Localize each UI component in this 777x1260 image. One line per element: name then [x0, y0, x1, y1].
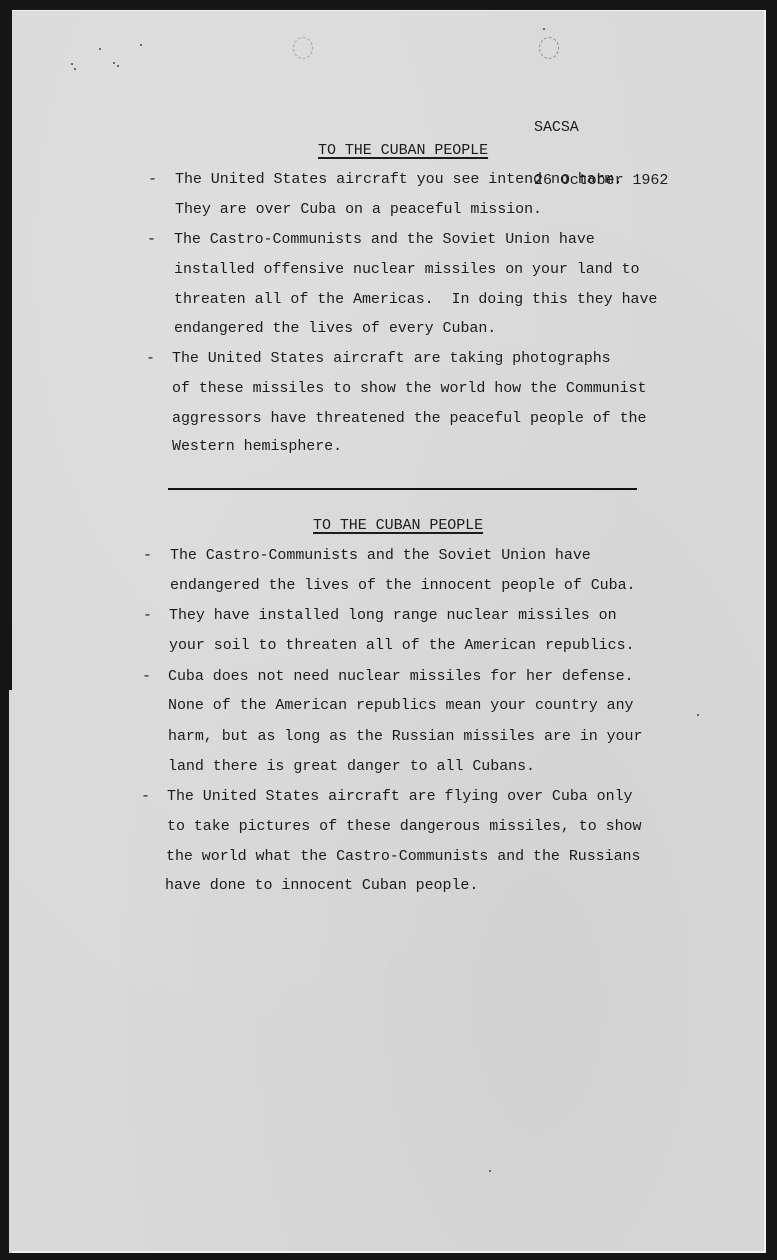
bullet-line: They have installed long range nuclear m… [169, 607, 617, 625]
page-edge [9, 690, 12, 1253]
section-divider [168, 488, 637, 490]
bullet-line: land there is great danger to all Cubans… [168, 758, 535, 776]
punch-hole-mark [539, 37, 559, 59]
bullet-line: of these missiles to show the world how … [172, 380, 646, 398]
scan-speck [113, 62, 115, 64]
section-title: TO THE CUBAN PEOPLE [313, 517, 483, 535]
bullet-marker: - [146, 350, 155, 368]
bullet-line: installed offensive nuclear missiles on … [174, 261, 639, 279]
bullet-marker: - [141, 788, 150, 806]
scan-speck [99, 48, 101, 50]
bullet-line: endangered the lives of every Cuban. [174, 320, 496, 338]
bullet-line: harm, but as long as the Russian missile… [168, 728, 642, 746]
bullet-line: endangered the lives of the innocent peo… [170, 577, 635, 595]
bullet-marker: - [143, 607, 152, 625]
bullet-line: The United States aircraft you see inten… [175, 171, 623, 189]
bullet-marker: - [148, 171, 157, 189]
scan-speck [140, 44, 142, 46]
bullet-line: The United States aircraft are taking ph… [172, 350, 611, 368]
bullet-marker: - [142, 668, 151, 686]
bullet-line: The Castro-Communists and the Soviet Uni… [170, 547, 591, 565]
bullet-line: The United States aircraft are flying ov… [167, 788, 632, 806]
bullet-line: your soil to threaten all of the America… [169, 637, 634, 655]
section-title: TO THE CUBAN PEOPLE [318, 142, 488, 160]
bullet-line: aggressors have threatened the peaceful … [172, 410, 646, 428]
bullet-line: Cuba does not need nuclear missiles for … [168, 668, 633, 686]
bullet-marker: - [143, 547, 152, 565]
scan-speck [71, 63, 73, 65]
bullet-line: The Castro-Communists and the Soviet Uni… [174, 231, 595, 249]
routing-office: SACSA [534, 119, 668, 136]
bullet-line: None of the American republics mean your… [168, 697, 633, 715]
punch-hole-mark [293, 37, 313, 59]
bullet-line: to take pictures of these dangerous miss… [167, 818, 641, 836]
scan-speck [489, 1170, 491, 1172]
bullet-line: the world what the Castro-Communists and… [166, 848, 640, 866]
scan-speck [117, 65, 119, 67]
bullet-marker: - [147, 231, 156, 249]
bullet-line: Western hemisphere. [172, 438, 342, 456]
bullet-line: threaten all of the Americas. In doing t… [174, 291, 657, 309]
scan-speck [74, 68, 76, 70]
bullet-line: They are over Cuba on a peaceful mission… [175, 201, 542, 219]
bullet-line: have done to innocent Cuban people. [165, 877, 478, 895]
scan-speck [543, 28, 545, 30]
scan-speck [697, 714, 699, 716]
